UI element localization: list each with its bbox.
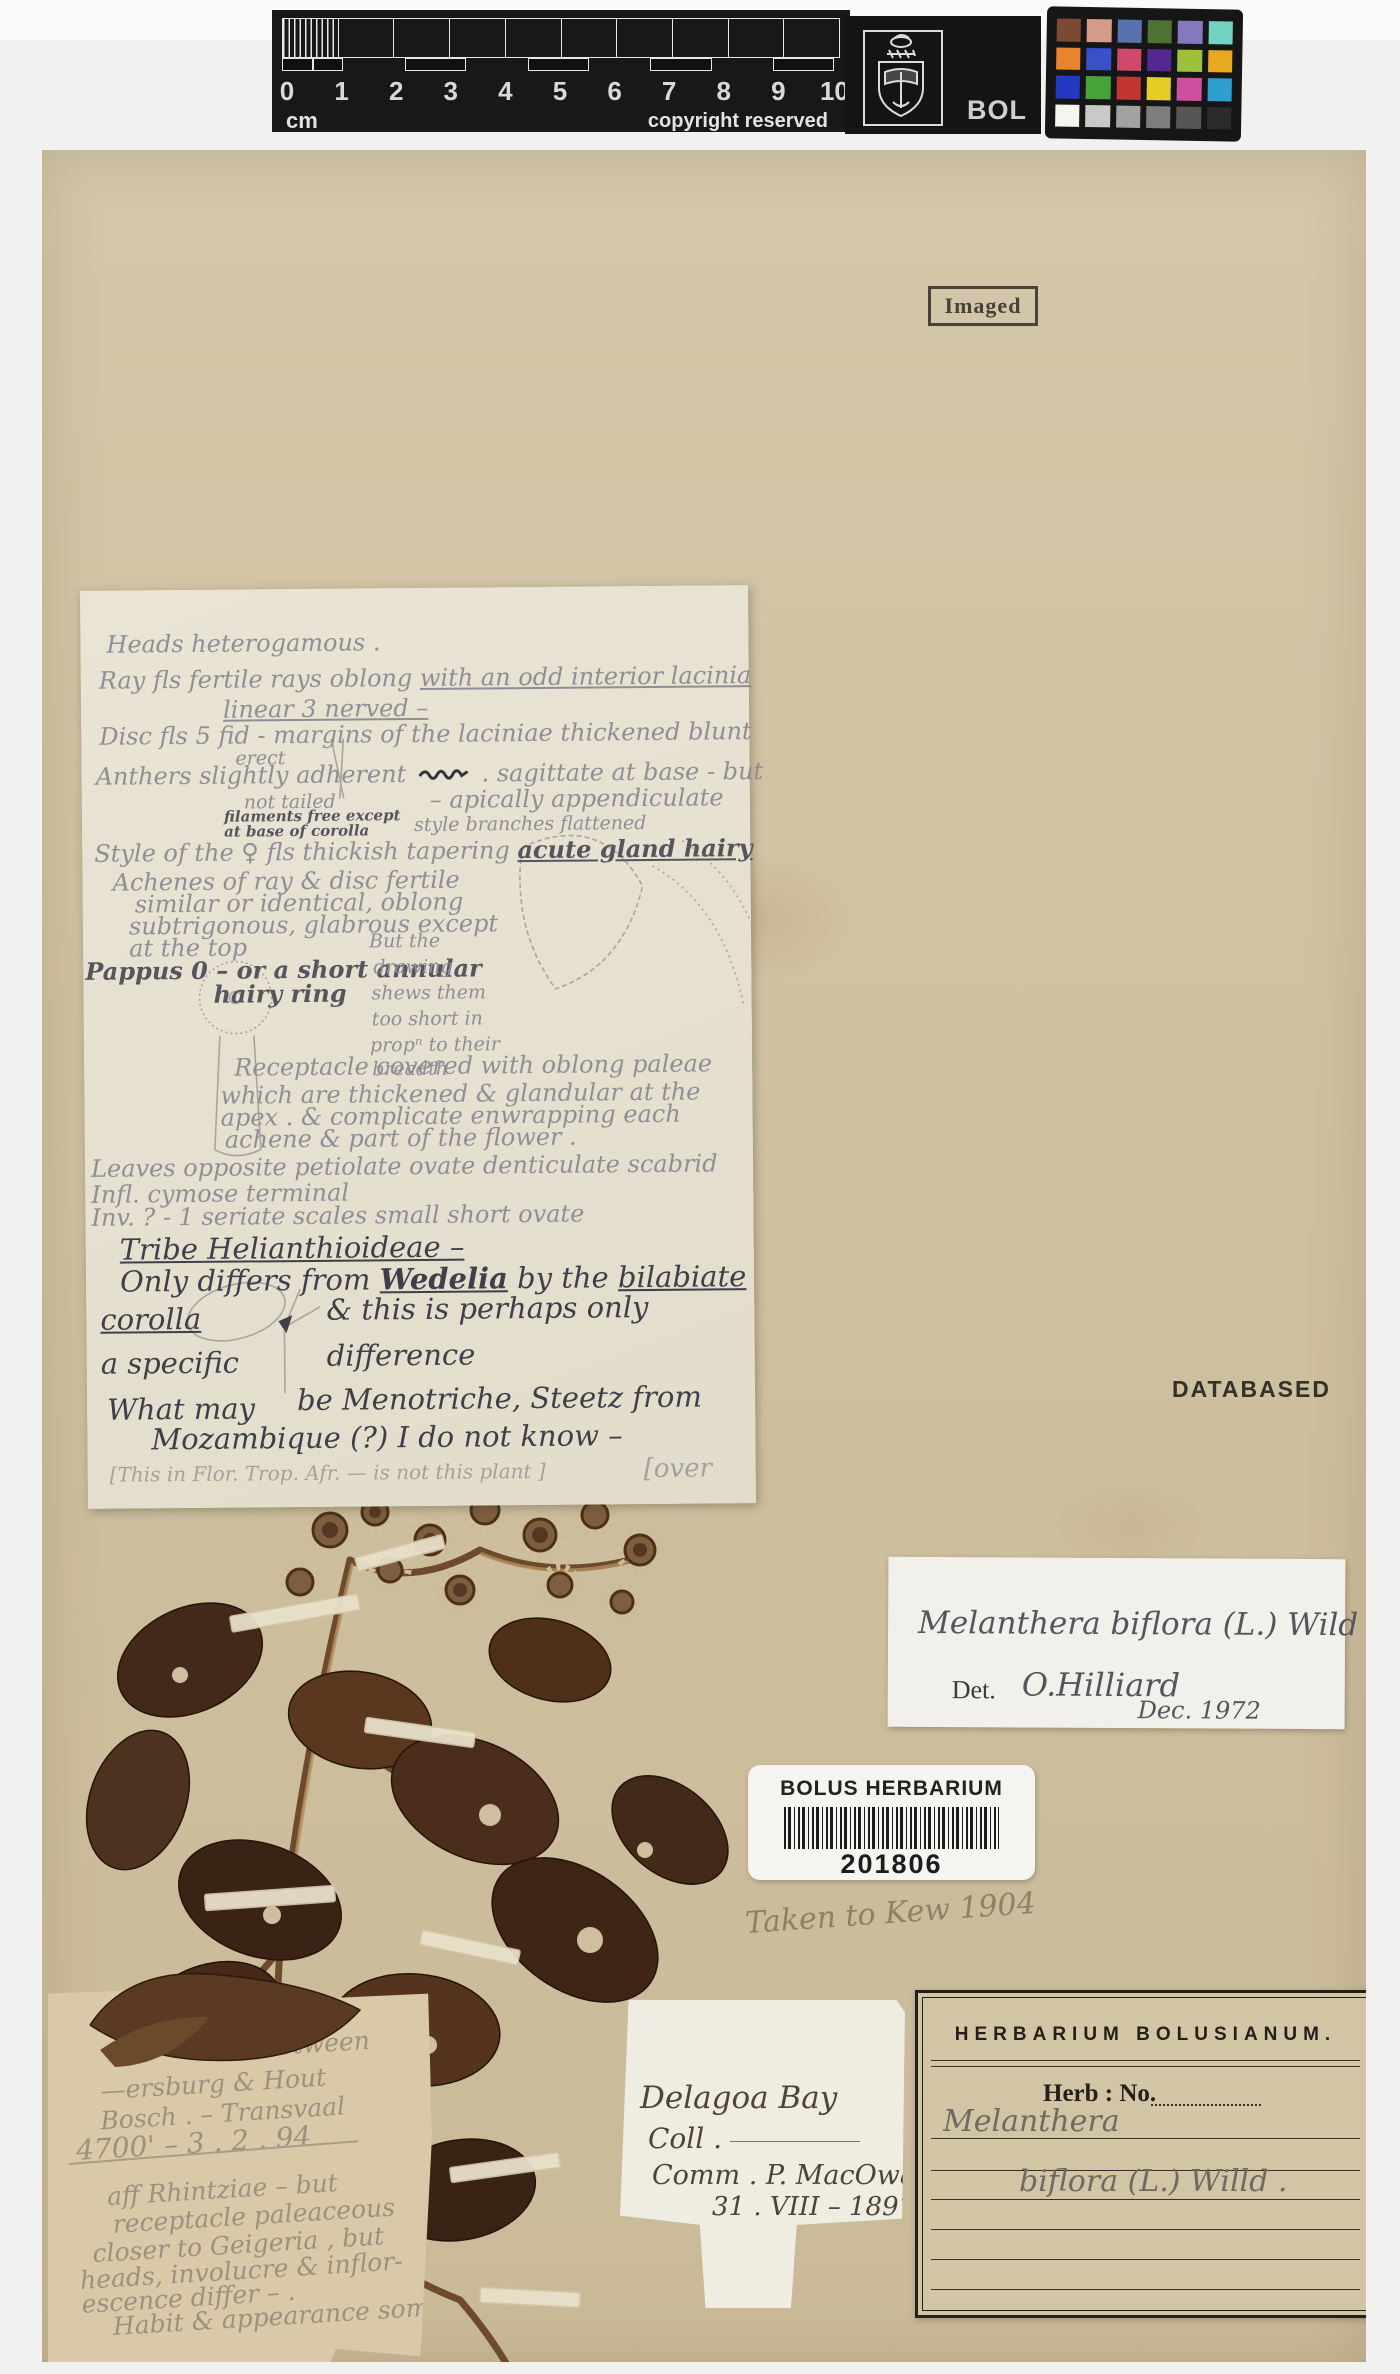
color-patch bbox=[1085, 104, 1110, 127]
note-line: hairy ring bbox=[213, 979, 346, 1009]
note-ink-line: & this is perhaps only bbox=[326, 1290, 648, 1327]
note-line-part: Ray fls fertile rays oblong bbox=[99, 664, 420, 695]
herbarium-photo: 0 1 2 3 4 5 6 7 8 9 10 cm copyright rese… bbox=[0, 0, 1400, 2374]
coll-blank-line bbox=[730, 2141, 860, 2142]
ruler-number: 2 bbox=[383, 76, 409, 107]
ruler-half-blocks bbox=[282, 58, 840, 71]
ruler-cm-cell-mm bbox=[282, 18, 339, 58]
color-patch bbox=[1056, 75, 1081, 98]
determination-label: Melanthera biflora (L.) Wild Det. O.Hill… bbox=[888, 1557, 1346, 1729]
color-patch bbox=[1178, 21, 1203, 44]
backdrop-left bbox=[0, 150, 42, 2374]
color-patch bbox=[1207, 107, 1232, 130]
note-line: achene & part of the flower . bbox=[225, 1123, 577, 1154]
bolus-herbarium-label: HERBARIUM BOLUSIANUM. Herb : No. Melanth… bbox=[915, 1990, 1376, 2318]
color-patch bbox=[1208, 21, 1233, 44]
color-patch bbox=[1086, 47, 1111, 70]
collection-coll: Coll . bbox=[648, 2122, 860, 2155]
ink-scribble bbox=[418, 766, 470, 782]
coll-prefix: Coll . bbox=[648, 2122, 722, 2155]
note-side: too short in bbox=[372, 1007, 483, 1030]
note-line: Heads heterogamous . bbox=[106, 628, 380, 658]
note-line: style branches flattened bbox=[414, 812, 647, 836]
det-prefix: Det. bbox=[952, 1675, 996, 1705]
herb-no-leader bbox=[1151, 2104, 1261, 2106]
det-species: Melanthera biflora (L.) Wild bbox=[918, 1605, 1358, 1643]
color-patch bbox=[1086, 76, 1111, 99]
herbarium-code-label: BOL bbox=[967, 95, 1027, 126]
color-patch bbox=[1146, 106, 1171, 129]
bolus-label-title: HERBARIUM BOLUSIANUM. bbox=[923, 2024, 1368, 2046]
note-line: Inv. ? - 1 seriate scales small short ov… bbox=[91, 1200, 584, 1232]
ruler-number: 7 bbox=[656, 76, 682, 107]
collection-date: 31 . VIII – 1897 bbox=[712, 2192, 915, 2222]
bolus-genus: Melanthera bbox=[943, 2104, 1120, 2139]
note-line-part: Style of the ♀ fls thickish tapering bbox=[94, 836, 517, 868]
ruler-number: 5 bbox=[547, 76, 573, 107]
note-line: Ray fls fertile rays oblong with an odd … bbox=[99, 661, 752, 695]
note-line: – apically appendiculate bbox=[430, 783, 724, 814]
barcode-title: BOLUS HERBARIUM bbox=[748, 1777, 1035, 1801]
ruler-number: 3 bbox=[438, 76, 464, 107]
overlapping-leaf bbox=[60, 1955, 380, 2105]
note-ink-line: difference bbox=[327, 1338, 476, 1373]
bolus-species: biflora (L.) Willd . bbox=[1019, 2164, 1287, 2199]
note-ink-line: Mozambique (?) I do not know – bbox=[151, 1418, 623, 1456]
color-patch bbox=[1116, 105, 1141, 128]
backdrop-bottom bbox=[42, 2362, 1366, 2374]
note-line: Receptacle covered with oblong paleae bbox=[234, 1049, 712, 1081]
ruler-unit-label: cm bbox=[286, 108, 318, 134]
scale-ruler: 0 1 2 3 4 5 6 7 8 9 10 cm copyright rese… bbox=[272, 10, 850, 132]
det-date: Dec. 1972 bbox=[1138, 1696, 1261, 1725]
ruler-number: 10 bbox=[820, 76, 846, 107]
color-patch bbox=[1177, 78, 1202, 101]
note-line-part: Anthers slightly adherent bbox=[96, 760, 407, 791]
barcode-label: BOLUS HERBARIUM 201806 bbox=[748, 1765, 1035, 1880]
note-line-part: acute gland hairy bbox=[517, 833, 752, 864]
color-patch bbox=[1116, 77, 1141, 100]
ruler-number: 4 bbox=[492, 76, 518, 107]
bolus-label-inner-border: HERBARIUM BOLUSIANUM. Herb : No. Melanth… bbox=[922, 1997, 1369, 2311]
note-over-mark: [over bbox=[644, 1453, 713, 1484]
copyright-label: copyright reserved bbox=[648, 110, 828, 133]
handwritten-notes-page: Heads heterogamous . Ray fls fertile ray… bbox=[80, 585, 756, 1509]
note-line-part: with an odd interior lacinia bbox=[420, 661, 752, 692]
backdrop-right bbox=[1366, 150, 1400, 2374]
note-footer: [This in Flor. Trop. Afr. — is not this … bbox=[110, 1459, 546, 1487]
color-patch bbox=[1176, 106, 1201, 129]
ruler-number: 0 bbox=[274, 76, 300, 107]
color-patch bbox=[1117, 20, 1142, 43]
color-patch bbox=[1057, 18, 1082, 41]
note-ink-line: be Menotriche, Steetz from bbox=[297, 1380, 702, 1418]
imaged-stamp: Imaged bbox=[928, 286, 1038, 326]
uct-crest-icon bbox=[863, 30, 943, 126]
collection-locality: Delagoa Bay bbox=[640, 2080, 837, 2116]
ruler-number: 9 bbox=[765, 76, 791, 107]
color-patch bbox=[1148, 20, 1173, 43]
note-ink-line: corolla bbox=[100, 1302, 201, 1337]
ruler-number: 8 bbox=[711, 76, 737, 107]
color-patch bbox=[1147, 49, 1172, 72]
sheet-stain bbox=[1050, 1480, 1210, 1570]
uct-crest-card: BOL bbox=[845, 16, 1041, 134]
barcode-icon bbox=[784, 1807, 999, 1849]
color-patch bbox=[1087, 19, 1112, 42]
note-side: But the bbox=[369, 930, 440, 953]
note-ink-line: a specific bbox=[101, 1346, 240, 1381]
crest-graphic bbox=[865, 32, 937, 120]
color-checker-grid bbox=[1055, 18, 1233, 129]
color-patch bbox=[1117, 48, 1142, 71]
ruler-numbers: 0 1 2 3 4 5 6 7 8 9 10 bbox=[274, 76, 846, 107]
note-line-part: bilabiate bbox=[618, 1259, 747, 1294]
color-checker-card bbox=[1045, 6, 1243, 141]
databased-stamp: DATABASED bbox=[1172, 1376, 1331, 1403]
note-side: shews them bbox=[371, 981, 486, 1004]
ruler-scale-bar bbox=[282, 18, 840, 58]
barcode-number: 201806 bbox=[748, 1849, 1035, 1880]
ruler-number: 6 bbox=[602, 76, 628, 107]
color-patch bbox=[1147, 77, 1172, 100]
color-patch bbox=[1208, 50, 1233, 73]
color-patch bbox=[1177, 49, 1202, 72]
note-line: Style of the ♀ fls thickish tapering acu… bbox=[94, 833, 752, 868]
collection-comm: Comm . P. MacOwan bbox=[652, 2160, 933, 2191]
color-patch bbox=[1207, 78, 1232, 101]
note-line: Disc fls 5 fid - margins of the laciniae… bbox=[99, 717, 752, 751]
color-patch bbox=[1055, 104, 1080, 127]
ruler-number: 1 bbox=[329, 76, 355, 107]
note-line: Leaves opposite petiolate ovate denticul… bbox=[91, 1149, 718, 1182]
color-patch bbox=[1056, 47, 1081, 70]
note-side: drawing bbox=[373, 956, 453, 979]
